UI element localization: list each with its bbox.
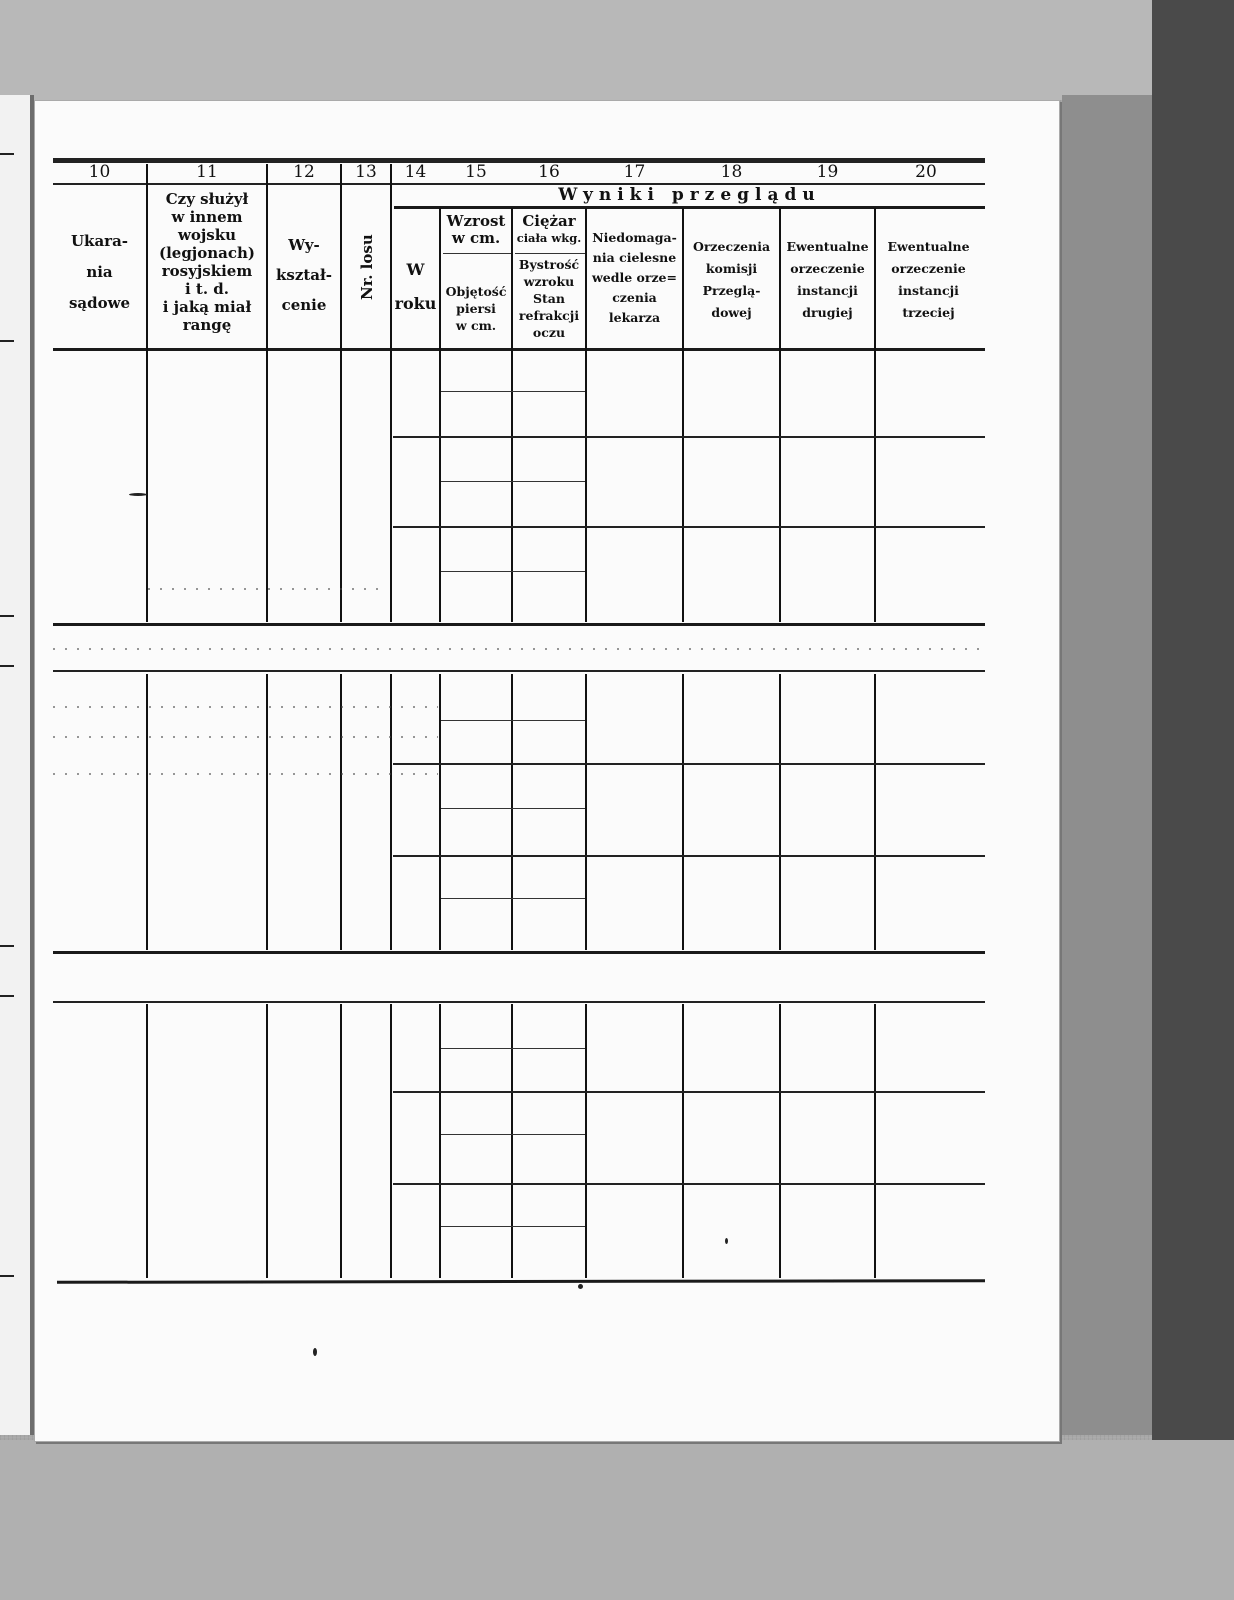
column-number-17: 17 xyxy=(587,162,682,182)
header-bystrosc-wzroku: Bystrość wzroku Stan refrakcji oczu xyxy=(513,256,585,341)
header-divider xyxy=(266,164,268,350)
header-divider xyxy=(682,208,684,350)
header-divider xyxy=(874,208,876,350)
column-number-14: 14 xyxy=(392,162,439,182)
header-divider xyxy=(511,208,513,350)
scan-right-margin xyxy=(1062,95,1154,1435)
separator-dotted-line xyxy=(53,648,985,650)
header-ciezar-ciala: Ciężar ciała wkg. xyxy=(513,213,585,247)
header-orzeczenia-komisji: Orzeczenia komisji Przeglą- dowej xyxy=(684,236,779,324)
column-number-19: 19 xyxy=(781,162,874,182)
register-form-page: 10 11 12 13 14 15 16 17 18 19 20 Wyniki … xyxy=(34,100,1060,1442)
column-number-13: 13 xyxy=(342,162,390,182)
header-split-rule-15 xyxy=(443,253,511,254)
header-divider xyxy=(340,164,342,350)
column-number-15: 15 xyxy=(441,162,511,182)
header-divider xyxy=(779,208,781,350)
header-sluzba-w-innem-wojsku: Czy służył w innem wojsku (legjonach) ro… xyxy=(148,190,266,334)
column-number-11: 11 xyxy=(148,162,266,182)
group-header-wyniki-przegladu: Wyniki przeglądu xyxy=(394,185,985,205)
header-wyksztalcenie: Wy- kształ- cenie xyxy=(268,230,340,320)
separator-rule xyxy=(53,1001,985,1003)
header-divider xyxy=(439,208,441,350)
separator-rule xyxy=(53,670,985,672)
header-instancja-trzecia: Ewentualne orzeczenie instancji trzeciej xyxy=(876,236,981,324)
header-divider xyxy=(146,164,148,350)
header-split-rule-16 xyxy=(515,253,585,254)
scan-bottom-margin xyxy=(0,1440,1234,1600)
column-number-10: 10 xyxy=(53,162,146,182)
group-header-rule xyxy=(394,206,985,209)
header-objetosc-piersi: Objętość piersi w cm. xyxy=(441,283,511,334)
column-number-12: 12 xyxy=(268,162,340,182)
scan-right-shadow xyxy=(1152,0,1234,1600)
column-number-18: 18 xyxy=(684,162,779,182)
header-divider xyxy=(390,164,392,350)
header-niedomagania-cielesne: Niedomaga- nia cielesne wedle orze= czen… xyxy=(587,228,682,328)
scan-top-margin xyxy=(0,0,1234,100)
header-ukarania-sadowe: Ukara- nia sądowe xyxy=(53,226,146,319)
header-bottom-rule xyxy=(53,348,985,351)
adjacent-page-edge xyxy=(0,95,34,1435)
header-instancja-druga: Ewentualne orzeczenie instancji drugiej xyxy=(781,236,874,324)
header-divider xyxy=(585,208,587,350)
column-number-20: 20 xyxy=(876,162,976,182)
column-number-16: 16 xyxy=(513,162,585,182)
header-nr-losu: Nr. losu xyxy=(358,244,376,300)
header-wzrost: Wzrost w cm. xyxy=(441,213,511,247)
header-w-roku: W roku xyxy=(392,253,439,321)
